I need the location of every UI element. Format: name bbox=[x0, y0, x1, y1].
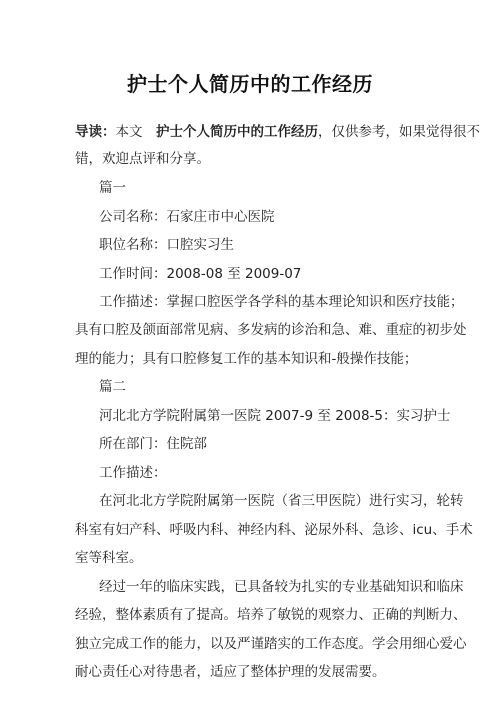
section2-p1-line-2: 科室有妇产科、呼吸内科、神经内科、泌尿外科、急诊、icu、手术 bbox=[75, 518, 473, 538]
section1-desc-line-2: 具有口腔及颌面部常见病、多发病的诊治和急、难、重症的初步处 bbox=[75, 318, 467, 338]
section2-p1-line-3: 室等科室。 bbox=[75, 546, 143, 566]
intro-line-2: 错，欢迎点评和分享。 bbox=[75, 147, 210, 167]
intro-bold-title: 护士个人简历中的工作经历 bbox=[156, 124, 318, 140]
section2-p2-line-4: 耐心责任心对待患者，适应了整体护理的发展需要。 bbox=[75, 660, 386, 680]
section1-position: 职位名称：口腔实习生 bbox=[99, 233, 234, 253]
section2-heading: 篇二 bbox=[99, 375, 126, 395]
section1-desc-line-1: 工作描述：掌握口腔医学各学科的基本理论知识和医疗技能； bbox=[99, 290, 464, 310]
section2-desc-label: 工作描述： bbox=[99, 461, 167, 481]
section1-heading: 篇一 bbox=[99, 176, 126, 196]
section2-employer: 河北北方学院附属第一医院 2007-9 至 2008-5：实习护士 bbox=[99, 404, 451, 424]
section2-p2-line-1: 经过一年的临床实践，已具备较为扎实的专业基础知识和临床 bbox=[99, 575, 464, 595]
intro-prefix: 本文 bbox=[116, 124, 157, 140]
section2-p2-line-3: 独立完成工作的能力，以及严谨踏实的工作态度。学会用细心爱心 bbox=[75, 632, 467, 652]
intro-suffix: ，仅供参考，如果觉得很不 bbox=[318, 124, 480, 140]
section2-p1-line-1: 在河北北方学院附属第一医院（省三甲医院）进行实习，轮转 bbox=[99, 489, 464, 509]
section1-period: 工作时间：2008-08 至 2009-07 bbox=[99, 262, 301, 282]
section1-company: 公司名称：石家庄市中心医院 bbox=[99, 205, 275, 225]
section2-p2-line-2: 经验，整体素质有了提高。培养了敏锐的观察力、正确的判断力、 bbox=[75, 603, 467, 623]
section2-department: 所在部门：住院部 bbox=[99, 432, 207, 452]
intro-line-1: 导读：本文 护士个人简历中的工作经历，仅供参考，如果觉得很不 bbox=[75, 120, 480, 140]
document-title: 护士个人简历中的工作经历 bbox=[0, 68, 500, 97]
section1-desc-line-3: 理的能力；具有口腔修复工作的基本知识和-般操作技能； bbox=[75, 347, 417, 367]
intro-label: 导读： bbox=[75, 124, 116, 140]
